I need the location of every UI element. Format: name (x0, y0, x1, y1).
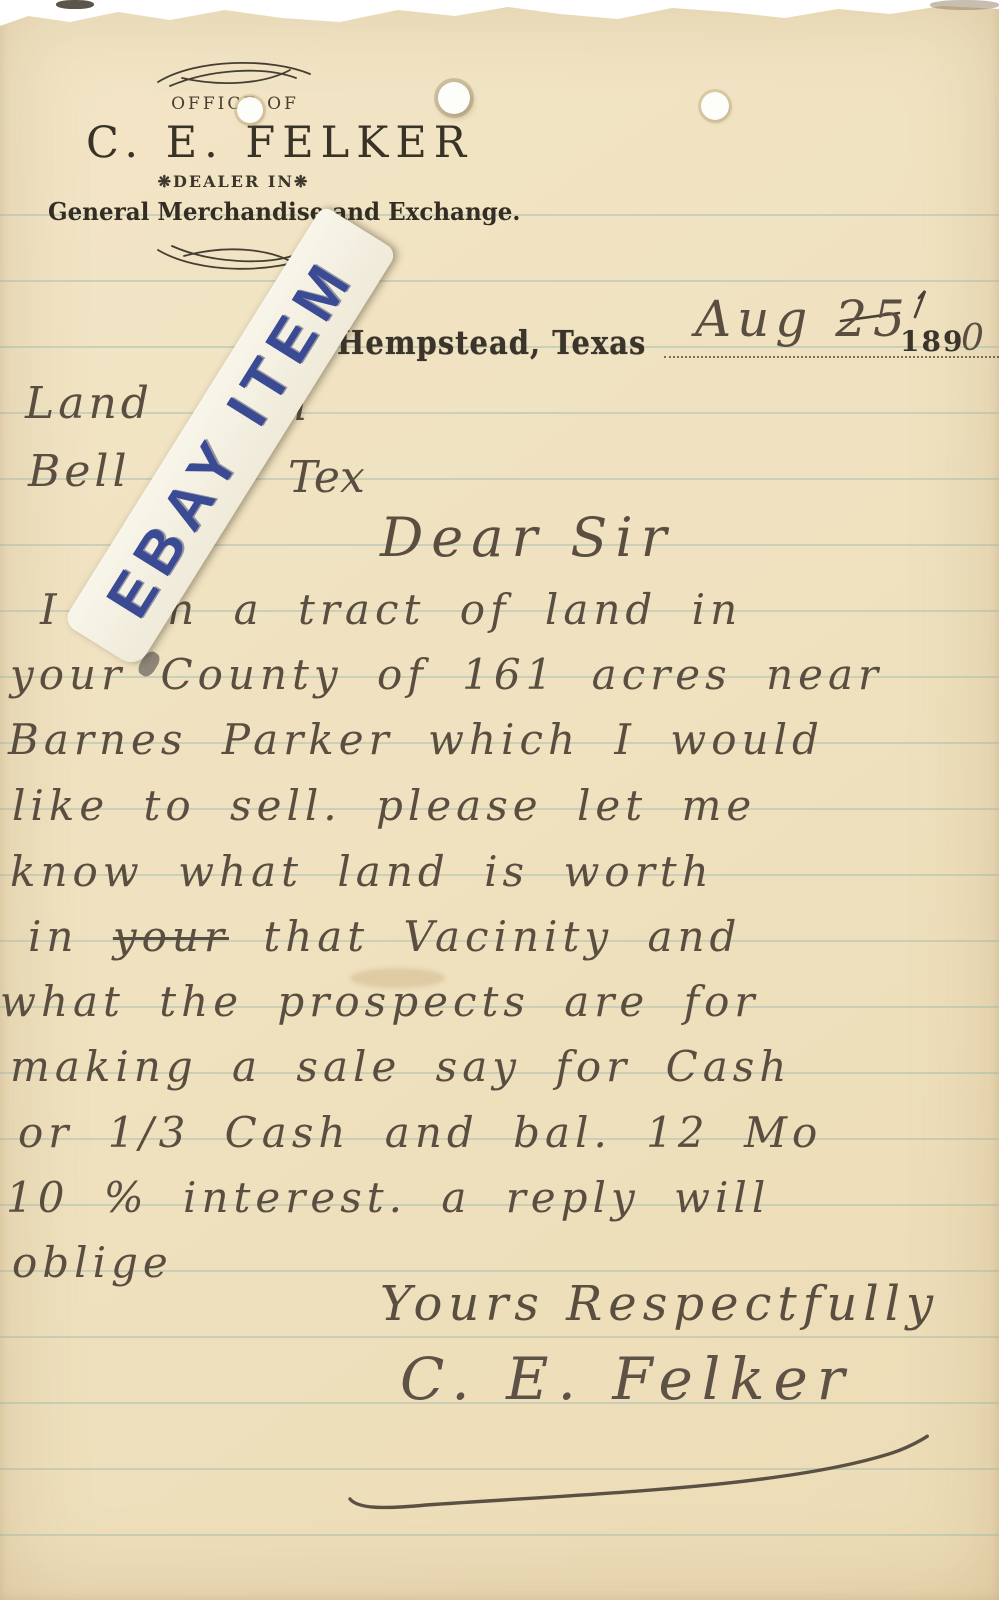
punch-hole (438, 82, 470, 114)
body-line: oblige (12, 1238, 173, 1287)
flourish-top-icon (152, 56, 317, 94)
body-line: or 1/3 Cash and bal. 12 Mo (18, 1108, 822, 1157)
letterhead-office-of: OFFICE OF (150, 94, 320, 114)
body-line: 10 % interest. a reply will (6, 1173, 770, 1222)
letterhead-name: C. E. FELKER (86, 118, 473, 168)
body-line-post: that Vacinity and (229, 912, 741, 961)
struck-word: your (113, 912, 229, 961)
body-line: Barnes Parker which I would (8, 715, 824, 764)
address-line2-state: Tex (288, 452, 365, 503)
signature-flourish (340, 1425, 960, 1517)
dateline-date-handwritten: Aug 25 (695, 290, 911, 348)
body-line-pre: in (28, 912, 113, 961)
body-line-with-strikethrough: in your that Vacinity and (28, 912, 741, 961)
dateline-year-digit: 0 (961, 318, 984, 359)
signature: C. E. Felker (400, 1345, 854, 1413)
salutation: Dear Sir (380, 506, 675, 569)
body-line: making a sale say for Cash (10, 1042, 791, 1091)
closing-valediction: Yours Respectfully (380, 1276, 939, 1332)
dateline-place: Hempstead, Texas (337, 324, 646, 362)
scanned-letter: OFFICE OF C. E. FELKER ❋DEALER IN❋ Gener… (0, 0, 999, 1600)
edge-smudge (56, 0, 94, 9)
body-line: know what land is worth (10, 847, 714, 896)
body-line: what the prospects are for (0, 977, 759, 1026)
address-line1-name: Land (25, 378, 153, 429)
address-line2-name: Bell (28, 446, 131, 497)
letterhead-dealer-in: ❋DEALER IN❋ (146, 172, 321, 191)
punch-hole (237, 97, 263, 123)
letterhead-business-line: General Merchandise and Exchange. (48, 198, 520, 226)
body-line: like to sell. please let me (12, 781, 756, 830)
edge-smudge (930, 0, 999, 10)
punch-hole (701, 92, 729, 120)
